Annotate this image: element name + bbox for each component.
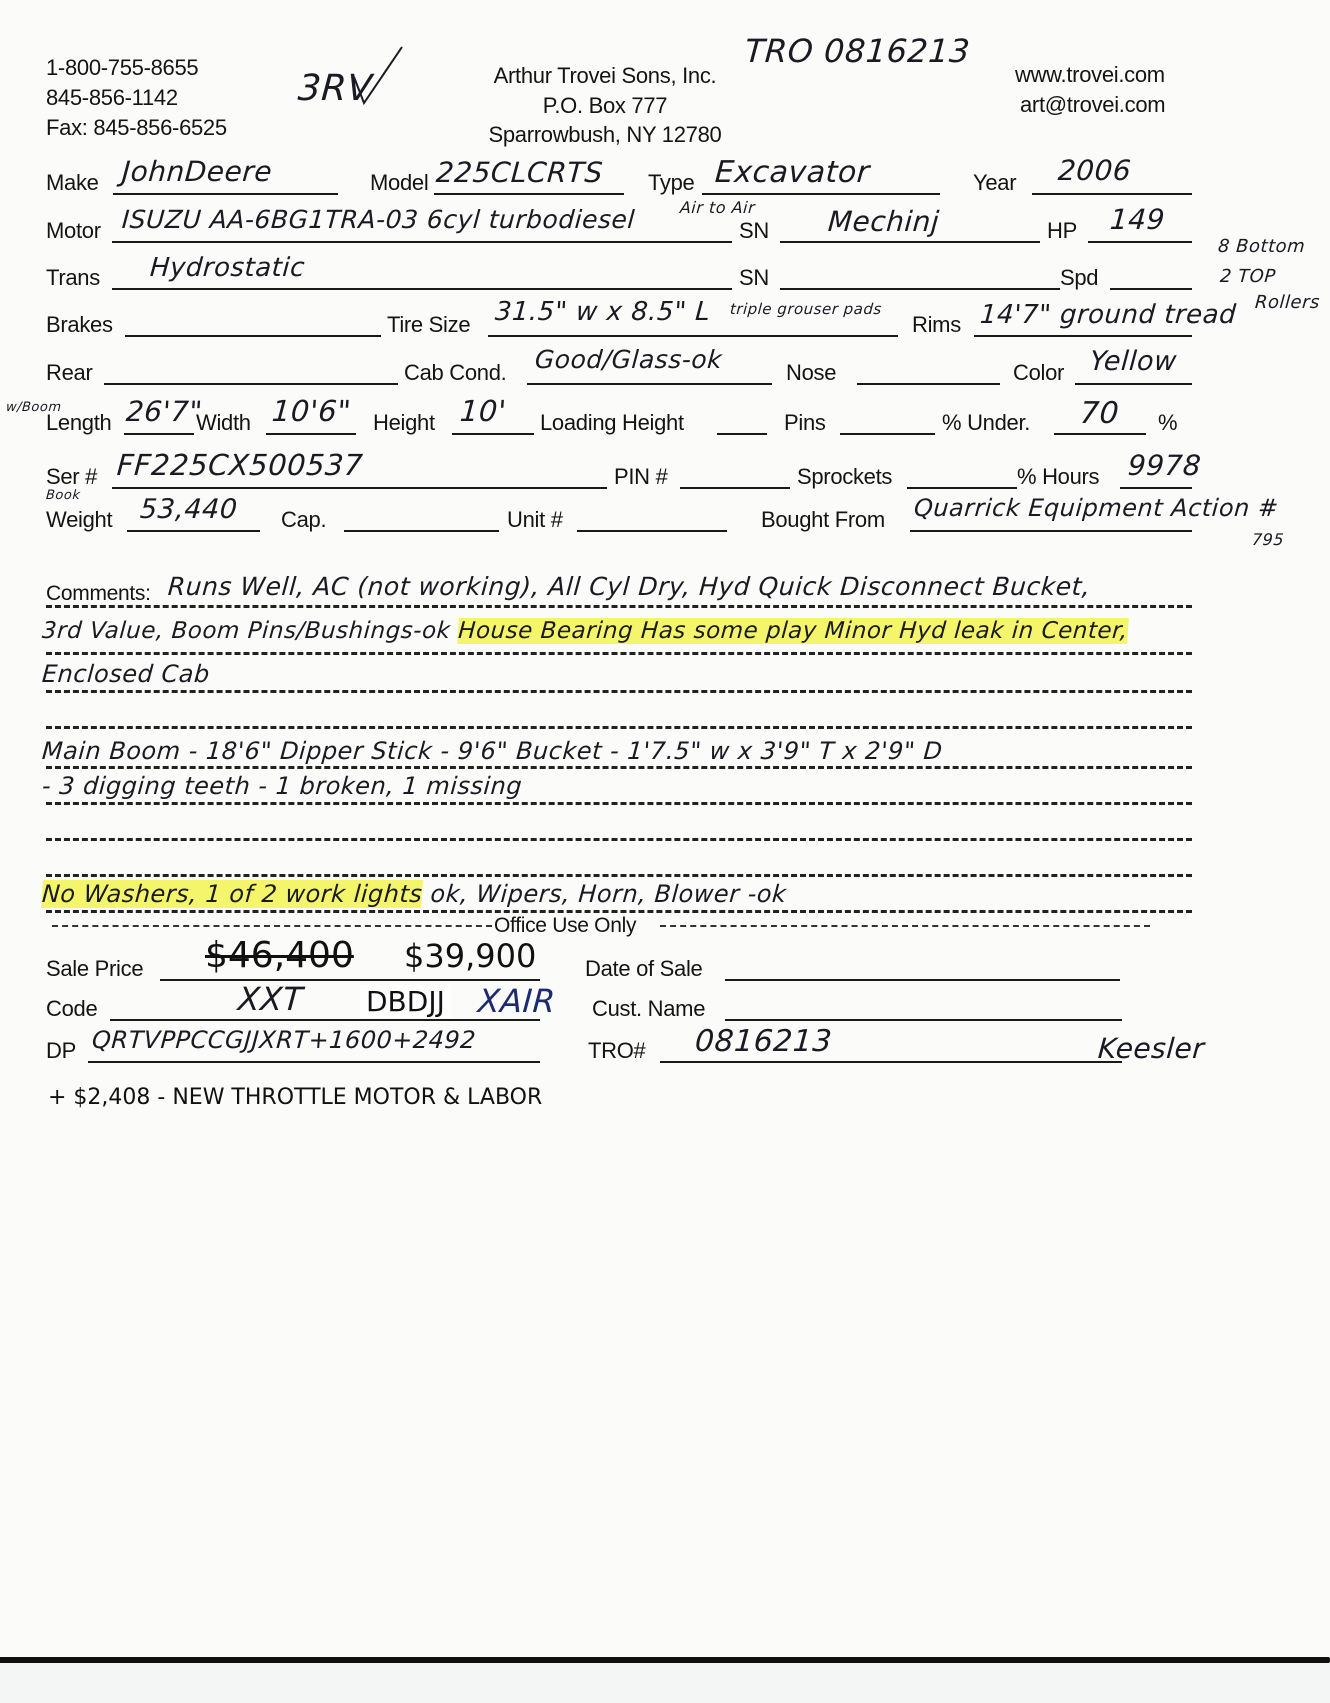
tire-size-value[interactable]: 31.5" w x 8.5" L: [494, 297, 711, 327]
height-field-line: [452, 433, 534, 435]
type-label: Type: [648, 170, 695, 196]
type-value[interactable]: Excavator: [714, 155, 871, 190]
motor-label: Motor: [46, 218, 101, 244]
comments-label: Comments:: [46, 582, 151, 606]
comment-line-5[interactable]: Main Boom - 18'6" Dipper Stick - 9'6" Bu…: [41, 737, 943, 765]
addendum-note: + $2,408 - NEW THROTTLE MOTOR & LABOR: [48, 1085, 542, 1110]
motor-field-line: [112, 241, 732, 243]
pct-under-field-line: [1054, 433, 1146, 435]
width-label: Width: [196, 410, 251, 436]
company-po-box: P.O. Box 777: [470, 93, 740, 119]
pct-sign: %: [1158, 410, 1177, 436]
ser-label: Ser #: [46, 464, 97, 490]
nose-label: Nose: [786, 360, 836, 386]
check-mark-icon: [350, 45, 410, 105]
spd-label: Spd: [1060, 265, 1098, 291]
pins-label: Pins: [784, 410, 826, 436]
brakes-label: Brakes: [46, 312, 113, 338]
width-value[interactable]: 10'6": [271, 394, 353, 428]
color-field-line: [1075, 383, 1192, 385]
tire-size-note: triple grouser pads: [729, 300, 882, 318]
code-hand-1: XXT: [237, 980, 305, 1018]
sale-price-label: Sale Price: [46, 956, 143, 982]
height-value[interactable]: 10': [459, 394, 508, 428]
fax-number: Fax: 845-856-6525: [46, 115, 227, 141]
trans-sn-field-line: [780, 288, 1060, 290]
make-label: Make: [46, 170, 99, 196]
tire-size-label: Tire Size: [387, 312, 470, 338]
comment-rule-3: [46, 690, 1192, 693]
signature: Keesler: [1097, 1032, 1206, 1065]
comment-rule-4: [46, 726, 1192, 729]
unit-label: Unit #: [507, 507, 563, 533]
comment-line-3[interactable]: Enclosed Cab: [41, 660, 211, 688]
date-of-sale-field-line: [725, 979, 1120, 981]
weight-value[interactable]: 53,440: [139, 494, 239, 525]
tro-value[interactable]: 0816213: [694, 1024, 834, 1059]
trans-field-line: [112, 288, 732, 290]
hp-label: HP: [1047, 218, 1077, 244]
comment-line-2-highlight: House Bearing Has some play Minor Hyd le…: [457, 618, 1128, 644]
bought-from-value[interactable]: Quarrick Equipment Action #: [913, 494, 1280, 522]
company-website[interactable]: www.trovei.com: [1015, 62, 1165, 88]
bought-from-field-line: [910, 530, 1192, 532]
sale-price-field-line: [160, 979, 540, 981]
length-label: Length: [46, 410, 112, 436]
motor-sn-value[interactable]: Mechinj: [827, 205, 941, 238]
model-value[interactable]: 225CLCRTS: [435, 156, 604, 189]
color-label: Color: [1013, 360, 1064, 386]
nose-field-line: [857, 383, 1000, 385]
motor-sn-label: SN: [739, 218, 769, 244]
cab-cond-field-line: [527, 383, 772, 385]
sale-price-old: $46,400: [205, 935, 354, 976]
comment-rule-9: [46, 910, 1192, 913]
comment-rule-7: [46, 838, 1192, 841]
pin-field-line: [680, 487, 790, 489]
dp-label: DP: [46, 1038, 76, 1064]
rollers-note-2: 2 TOP: [1219, 266, 1276, 287]
trans-label: Trans: [46, 265, 100, 291]
date-of-sale-label: Date of Sale: [585, 956, 702, 982]
make-value[interactable]: JohnDeere: [121, 155, 273, 188]
bought-from-note: 795: [1251, 530, 1284, 549]
cust-name-label: Cust. Name: [592, 996, 705, 1022]
pct-hours-field-line: [1120, 487, 1192, 489]
length-value[interactable]: 26'7": [125, 395, 204, 428]
phone-local: 845-856-1142: [46, 85, 178, 111]
make-field-line: [113, 193, 338, 195]
weight-note: Book: [45, 488, 80, 503]
trans-value[interactable]: Hydrostatic: [149, 253, 306, 283]
sale-price-new[interactable]: $39,900: [404, 937, 536, 975]
rims-label: Rims: [912, 312, 961, 338]
year-label: Year: [973, 170, 1016, 196]
motor-value[interactable]: ISUZU AA-6BG1TRA-03 6cyl turbodiesel: [121, 205, 636, 234]
spd-field-line: [1110, 288, 1192, 290]
office-use-only-heading: Office Use Only: [494, 914, 636, 938]
cab-cond-value[interactable]: Good/Glass-ok: [534, 345, 723, 374]
type-field-line: [702, 193, 940, 195]
code-field-line: [110, 1019, 540, 1021]
model-field-line: [434, 193, 624, 195]
model-label: Model: [370, 170, 428, 196]
cust-name-field-line: [725, 1019, 1122, 1021]
weight-label: Weight: [46, 507, 112, 533]
rims-value[interactable]: 14'7" ground tread: [979, 300, 1237, 330]
phone-tollfree: 1-800-755-8655: [46, 55, 198, 81]
rollers-note-1: 8 Bottom: [1217, 236, 1306, 257]
loading-height-label: Loading Height: [540, 410, 684, 436]
pins-field-line: [840, 433, 935, 435]
comment-rule-1: [46, 605, 1192, 608]
rear-label: Rear: [46, 360, 93, 386]
comment-line-8[interactable]: No Washers, 1 of 2 work lights ok, Wiper…: [41, 880, 787, 908]
comment-rule-6: [46, 802, 1192, 805]
cab-cond-label: Cab Cond.: [404, 360, 506, 386]
loading-height-field-line: [717, 433, 767, 435]
pct-under-label: % Under.: [942, 410, 1030, 436]
year-field-line: [1032, 193, 1192, 195]
comment-rule-2: [46, 652, 1192, 655]
code-label: Code: [46, 996, 97, 1022]
motor-note: Air to Air: [679, 198, 756, 217]
length-field-line: [124, 433, 194, 435]
company-city: Sparrowbush, NY 12780: [470, 122, 740, 148]
comment-rule-5: [46, 766, 1192, 769]
rear-field-line: [104, 383, 398, 385]
cap-label: Cap.: [281, 507, 326, 533]
comment-line-1[interactable]: Runs Well, AC (not working), All Cyl Dry…: [167, 572, 1091, 601]
sprockets-label: Sprockets: [797, 464, 892, 490]
unit-field-line: [577, 530, 727, 532]
year-value[interactable]: 2006: [1057, 154, 1133, 187]
comment-rule-8: [46, 874, 1192, 877]
hp-field-line: [1088, 241, 1192, 243]
scan-background: [0, 1663, 1330, 1703]
color-value[interactable]: Yellow: [1089, 346, 1178, 377]
height-label: Height: [373, 410, 435, 436]
sprockets-field-line: [907, 487, 1017, 489]
pct-hours-label: % Hours: [1017, 464, 1099, 490]
company-email[interactable]: art@trovei.com: [1020, 92, 1165, 118]
rollers-note-3: Rollers: [1254, 292, 1320, 313]
ser-value[interactable]: FF225CX500537: [116, 448, 364, 482]
cap-field-line: [344, 530, 499, 532]
comment-line-2[interactable]: 3rd Value, Boom Pins/Bushings-ok House B…: [41, 618, 1129, 644]
comment-line-8-highlight: No Washers, 1 of 2 work lights: [41, 880, 423, 908]
motor-sn-field-line: [780, 241, 1040, 243]
hp-value[interactable]: 149: [1109, 203, 1166, 236]
pct-hours-value[interactable]: 9978: [1127, 449, 1203, 482]
pct-under-value[interactable]: 70: [1079, 396, 1121, 431]
code-hand-2: XAIR: [477, 982, 557, 1020]
bought-from-label: Bought From: [761, 507, 885, 533]
dp-field-line: [88, 1061, 540, 1063]
tro-label: TRO#: [588, 1038, 645, 1064]
handwritten-tro-number: TRO 0816213: [744, 32, 972, 70]
tro-field-line: [660, 1061, 1122, 1063]
ser-field-line: [112, 487, 607, 489]
comment-line-6[interactable]: - 3 digging teeth - 1 broken, 1 missing: [41, 772, 523, 800]
rims-field-line: [974, 335, 1192, 337]
trans-sn-label: SN: [739, 265, 769, 291]
comment-line-2-text: 3rd Value, Boom Pins/Bushings-ok: [41, 618, 451, 644]
comment-line-8-text: ok, Wipers, Horn, Blower -ok: [430, 880, 788, 908]
pin-label: PIN #: [614, 464, 668, 490]
weight-field-line: [127, 530, 260, 532]
brakes-field-line: [125, 335, 381, 337]
code-typed[interactable]: DBDJJ: [360, 985, 451, 1018]
tire-size-field-line: [488, 335, 898, 337]
company-name: Arthur Trovei Sons, Inc.: [470, 63, 740, 89]
dp-value[interactable]: QRTVPPCCGJJXRT+1600+2492: [91, 1026, 477, 1054]
width-field-line: [266, 433, 356, 435]
